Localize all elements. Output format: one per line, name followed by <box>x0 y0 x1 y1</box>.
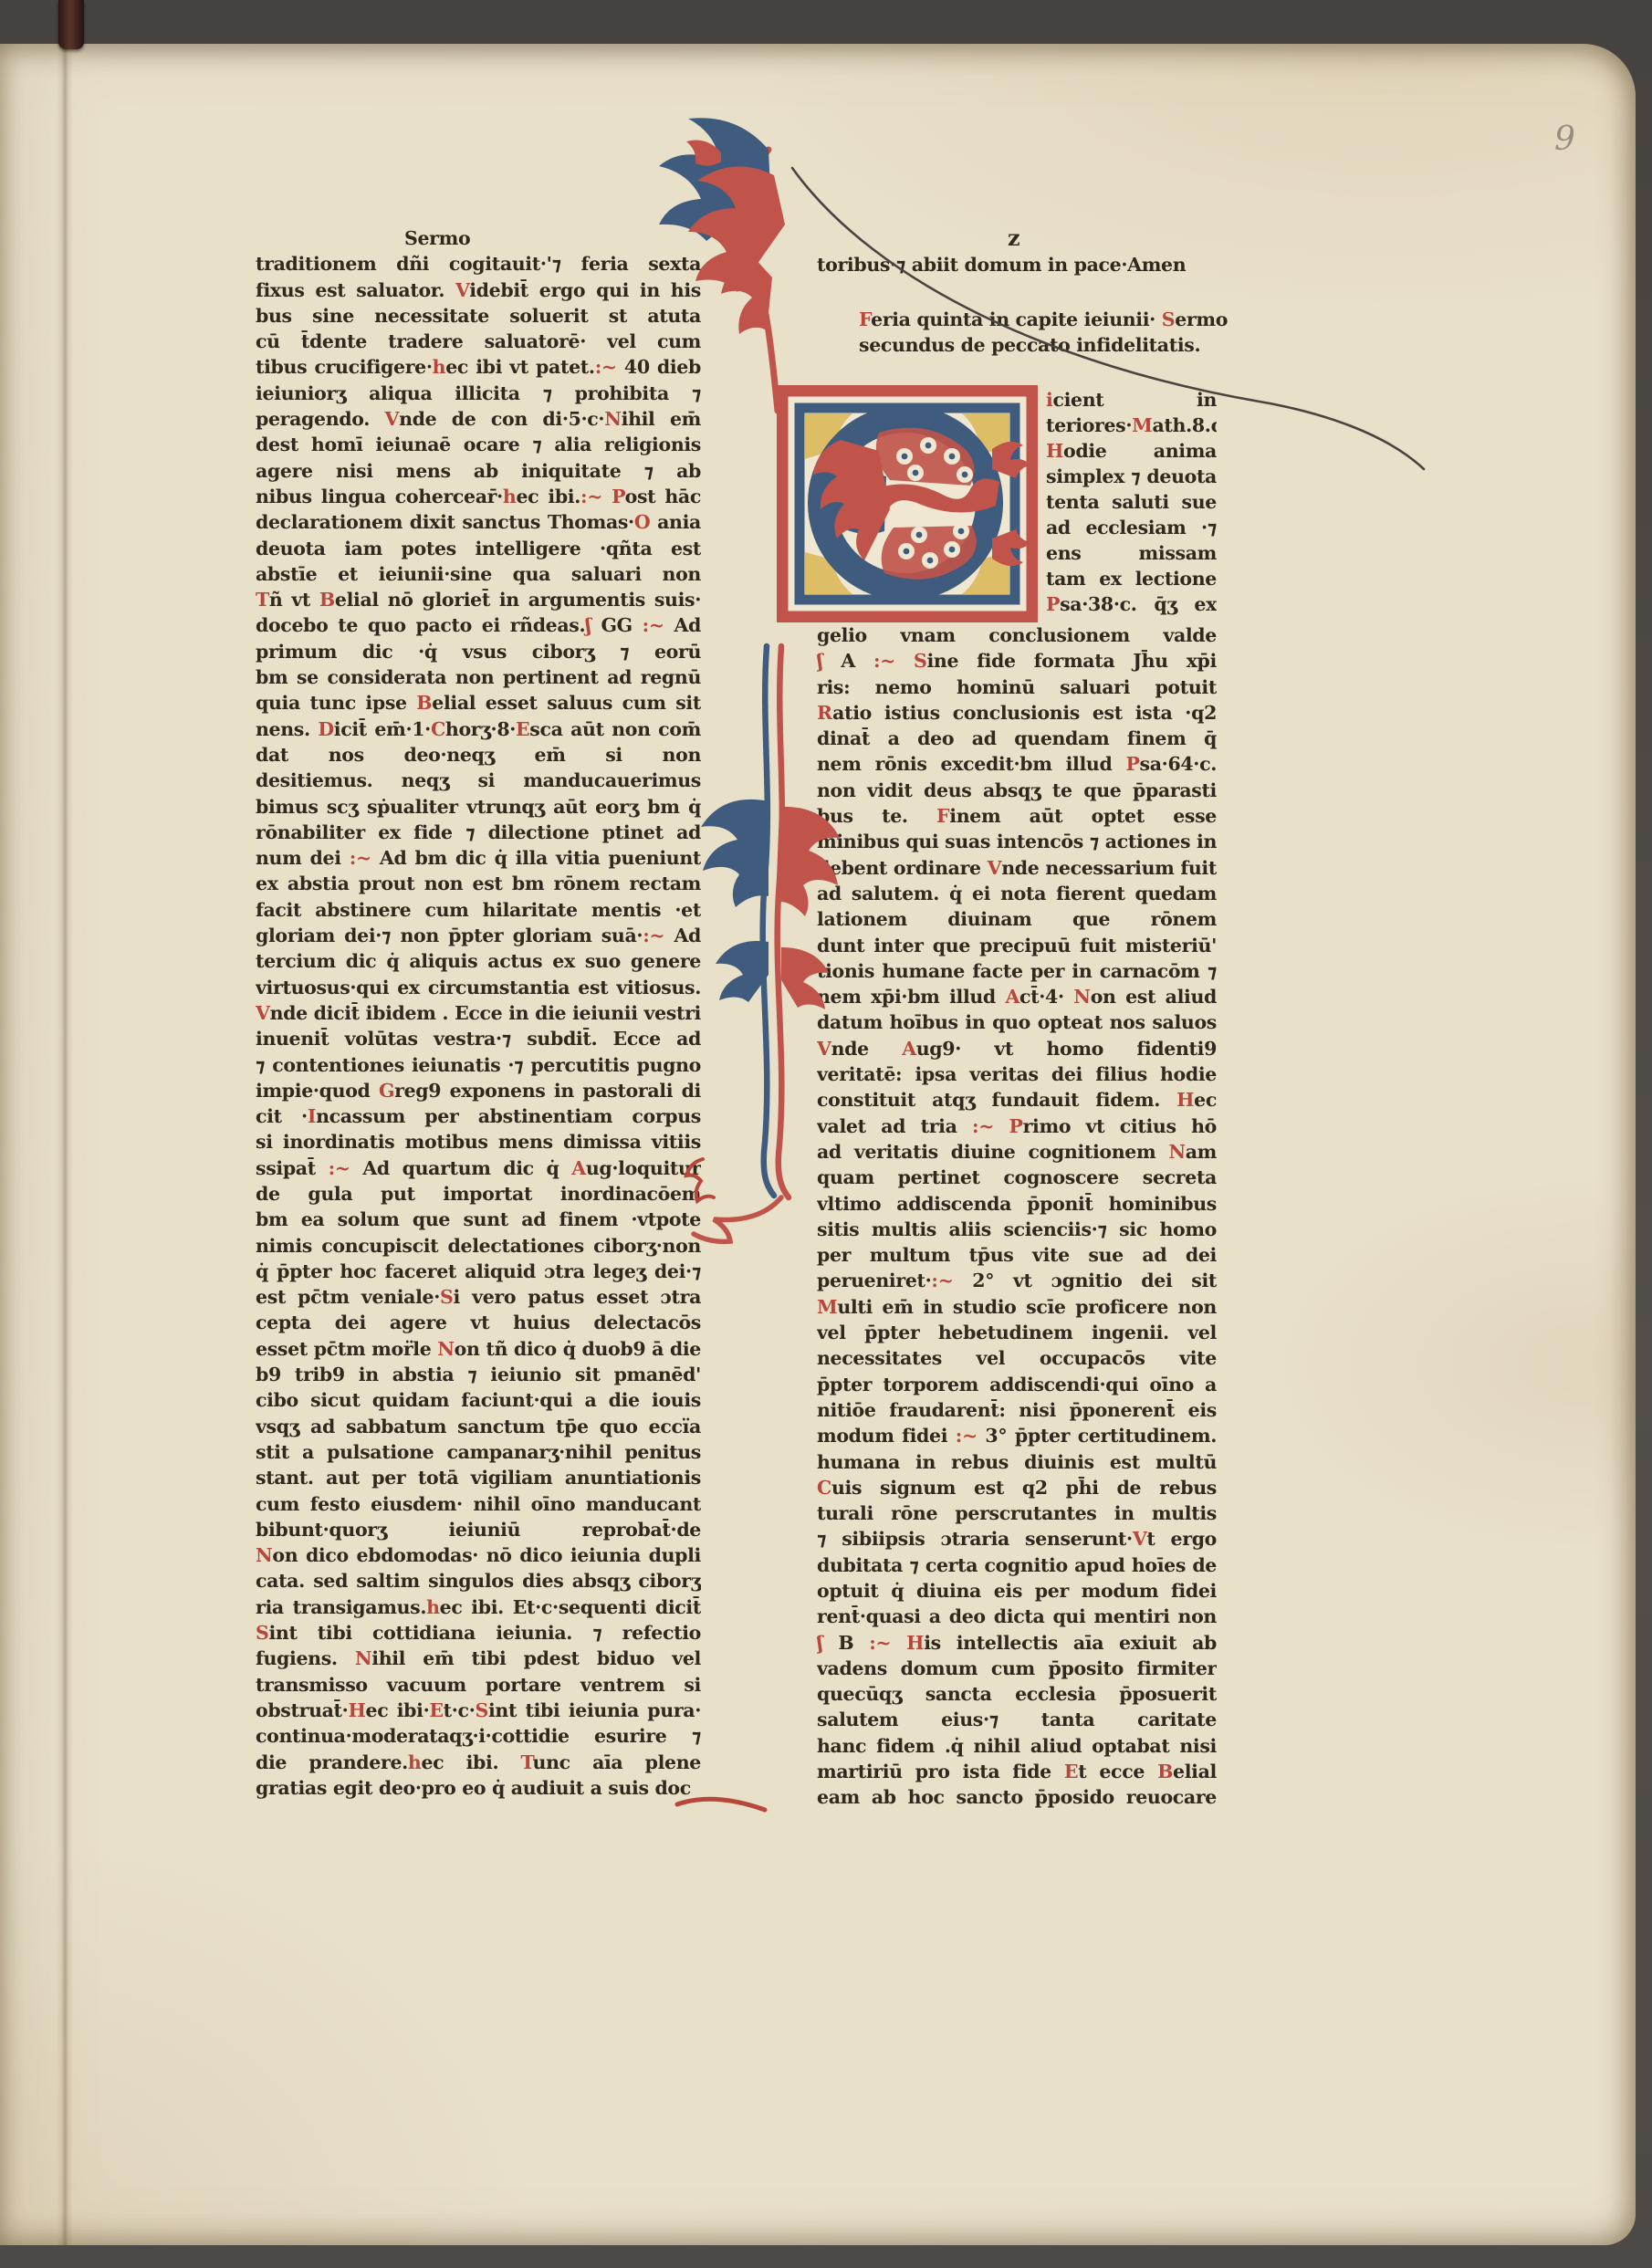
text-segment: non vidit deus absqʒ te que p̄parasti di… <box>817 779 1217 803</box>
text-line: Sint tibi cottidiana ieiunia. ⁊ refectio… <box>256 1620 701 1646</box>
text-line: Ratio istius conclusionis est ista ·q2 h… <box>817 700 1217 726</box>
rubrication-mark: h <box>408 1751 422 1773</box>
rubrication-mark: C <box>431 718 445 740</box>
text-line: esset pc̄tm mor̈le Non tñ dico q̇ duob9 … <box>256 1336 701 1362</box>
text-segment: perueniret· <box>817 1270 931 1291</box>
text-line: Feria quinta in capite ieiunii· Sermo <box>859 307 1242 332</box>
rubrication-mark: :~ <box>643 614 664 636</box>
text-segment: est pc̄tm veniale· <box>256 1286 440 1308</box>
text-line: ad veritatis diuine cognitionem Nam scīa… <box>817 1139 1217 1165</box>
rubrication-mark: B <box>416 692 432 714</box>
text-segment: docebo te quo pacto ei rñdeas. <box>256 614 585 636</box>
text-segment: de gula put importat inordinacōem concup… <box>256 1183 701 1207</box>
running-header: Sermo <box>404 225 701 251</box>
text-line: dat nos deo·neqʒ em̄ si non manducauerim… <box>256 742 701 768</box>
text-segment: die prandere. <box>256 1751 408 1773</box>
rubrication-mark: N <box>604 408 621 430</box>
text-segment: datum hoībus in quo opteat nos saluos fi… <box>817 1011 1217 1035</box>
text-segment: rent̄·quasi a deo dicta qui mentiri non … <box>817 1605 1217 1629</box>
text-line: quam pertinet cognoscere secreta misteri… <box>817 1165 1217 1190</box>
text-segment: Ad quartum dic q̇ <box>350 1157 572 1179</box>
text-segment: traditionem dñi cogitauit·'⁊ feria sexta… <box>256 253 701 277</box>
rubrication-mark: H <box>1046 440 1063 462</box>
text-line: ens missam ·aduertit <box>1046 540 1217 566</box>
text-segment: ieiuniorʒ aliqua illicita ⁊ prohibita ⁊ … <box>256 382 701 406</box>
text-segment: agere nisi mens ab iniquitate ⁊ ab obtre… <box>256 460 701 484</box>
rubrication-mark: H <box>1176 1089 1194 1111</box>
text-line: tibus crucifigere·hec ibi vt patet.:~ 40… <box>256 354 701 380</box>
rubrication-mark: P <box>1046 593 1060 615</box>
text-line: est pc̄tm veniale·Si vero patus esset ɔt… <box>256 1284 701 1310</box>
text-segment: ath.8.c· <box>1153 414 1218 436</box>
text-line: vadens domum cum p̄posito firmiter crede… <box>817 1656 1217 1681</box>
text-segment: icit̄ em̄·1· <box>334 718 431 740</box>
text-line: debent ordinare Vnde necessarium fuit ho… <box>817 855 1217 881</box>
text-line: secundus de peccato infidelitatis. <box>859 332 1242 358</box>
text-segment: dubitata ⁊ certa cognitio apud hoīes de … <box>817 1554 1217 1578</box>
rubrication-mark: F <box>936 805 949 827</box>
text-segment <box>891 1632 906 1654</box>
rubrication-mark: V <box>988 857 1002 879</box>
text-line: Cuis signum est q2 ph̄i de rebus humanis… <box>817 1475 1217 1500</box>
text-segment: eria quinta in capite ieiunii· <box>871 308 1162 330</box>
rubrication-mark: :~ <box>972 1115 994 1137</box>
text-line: ⁊ sibiipsis ɔtraria senserunt·Vt ergo es… <box>817 1526 1217 1552</box>
text-segment: ug·loquitur <box>586 1157 701 1179</box>
text-line: si inordinatis motibus mens dimissa viti… <box>256 1129 701 1155</box>
text-line: stant. aut per totā vigiliam anuntiation… <box>256 1465 701 1490</box>
text-line: cit ·Incassum per abstinentiam corpus at… <box>256 1103 701 1129</box>
text-segment: vsqʒ ad sabbatum sanctum tp̄e quo eccïa … <box>256 1416 701 1439</box>
text-segment: inuenit̄ volūtas vestra·⁊ subdit̄. Ecce … <box>256 1028 701 1051</box>
text-line: datum hoībus in quo opteat nos saluos fi… <box>817 1009 1217 1035</box>
text-segment: quam pertinet cognoscere secreta misteri… <box>817 1166 1217 1190</box>
rubrication-mark: S <box>914 650 926 672</box>
text-line: ria transigamus.hec ibi. Et·c·sequenti d… <box>256 1594 701 1620</box>
pencil-folio-number: 9 <box>1554 120 1575 158</box>
text-segment: q̇ p̄pter hoc faceret aliquid ɔtra legeʒ… <box>256 1260 701 1284</box>
text-segment: secundus de peccato infidelitatis. <box>859 334 1200 356</box>
rubrication-mark: P <box>612 486 625 507</box>
text-line: per multum tp̄us vite sue ad dei cogniti… <box>817 1242 1217 1268</box>
text-line: minibus qui suas intencōs ⁊ actiones in … <box>817 829 1217 854</box>
text-segment: ct̄·4· <box>1019 986 1073 1008</box>
text-line: modum fidei :~ 3° p̄pter certitudinem. r… <box>817 1423 1217 1448</box>
text-segment: debent ordinare <box>817 857 988 879</box>
text-line: cibo sicut quidam faciunt·qui a die ioui… <box>256 1387 701 1413</box>
text-line: peragendo. Vnde de con di·5·c·Nihil em̄ … <box>256 406 701 432</box>
text-segment: ad veritatis diuine cognitionem <box>817 1141 1168 1163</box>
text-line: ʃ B :~ His intellectis aīa exiuit ab ecc… <box>817 1630 1217 1656</box>
signature-mark: z <box>1008 225 1020 251</box>
text-line: bibunt·quorʒ ieiuniū reprobat̄·de con.di… <box>256 1517 701 1542</box>
text-segment: on tñ dico q̇ duob9 ā die <box>455 1338 701 1360</box>
text-line: nem rōnis excedit·bm illud Psa·64·c. Ocu… <box>817 751 1217 777</box>
text-segment: ex abstia prout non est bm rōnem rectam … <box>256 873 701 896</box>
text-segment: ens missam ·aduertit <box>1046 542 1217 566</box>
rubrication-mark: S <box>440 1286 453 1308</box>
right-text-column: toribus·⁊ abiit domum in pace·Amen <box>817 252 1217 277</box>
rubrication-mark: :~ <box>350 847 371 869</box>
text-line: ad salutem. q̇ ei nota fierent quedam pe… <box>817 881 1217 906</box>
text-segment: ssipat̄ <box>256 1157 329 1179</box>
text-line: veritatē: ipsa veritas dei filius hodie … <box>817 1061 1217 1087</box>
text-segment: salutem eius·⁊ tanta caritate accendebat… <box>817 1709 1217 1732</box>
rubrication-mark: A <box>1005 986 1019 1008</box>
text-segment: nimis concupiscit delectationes ciborʒ·n… <box>256 1235 701 1259</box>
text-segment: tam ex lectione p̄phie <box>1046 568 1217 591</box>
rubrication-mark: :~ <box>595 356 617 378</box>
text-segment: ulti em̄ in studio scīe proficere non po… <box>817 1296 1217 1320</box>
text-segment: ris: nemo hominū saluari potuit cunctis … <box>817 676 1217 700</box>
text-segment: cepta dei agere vt huius delectacōs asse… <box>256 1312 701 1335</box>
text-line: dest homī ieiunaē ocare ⁊ alia religioni… <box>256 432 701 457</box>
text-segment: int tibi ieiunia pura· <box>488 1699 701 1721</box>
text-segment: ania <box>650 511 701 533</box>
text-segment: lationem diuinam que rōnem humanam exce <box>817 908 1217 932</box>
text-segment: fugiens. <box>256 1647 355 1669</box>
text-segment: cient in tenebras ex/ <box>1046 389 1217 413</box>
text-segment: turali rōne perscrutantes in multis erra… <box>817 1502 1217 1526</box>
text-line: salutem eius·⁊ tanta caritate accendebat… <box>817 1707 1217 1732</box>
text-segment: reg9 exponens in pastorali di <box>394 1080 701 1102</box>
text-line: simplex ⁊ deuota ·in/ <box>1046 464 1217 489</box>
text-line: Multi em̄ in studio scīe proficere non p… <box>817 1294 1217 1320</box>
text-line: nimis concupiscit delectationes ciborʒ·n… <box>256 1233 701 1259</box>
rubrication-mark: S <box>256 1622 268 1644</box>
text-segment: simplex ⁊ deuota ·in/ <box>1046 465 1217 489</box>
text-segment: nem rōnis excedit·bm illud <box>817 753 1125 775</box>
text-line: fixus est saluator. Videbit̄ ergo qui in… <box>256 277 701 303</box>
text-segment: quecūqʒ sancta ecclesia p̄posuerit crede… <box>817 1683 1217 1707</box>
text-line: ris: nemo hominū saluari potuit cunctis … <box>817 674 1217 700</box>
text-line: vsqʒ ad sabbatum sanctum tp̄e quo eccïa … <box>256 1414 701 1439</box>
text-line: inuenit̄ volūtas vestra·⁊ subdit̄. Ecce … <box>256 1026 701 1051</box>
rubrication-mark: S <box>1162 308 1175 330</box>
text-segment <box>895 650 914 672</box>
text-segment: impie·quod <box>256 1080 379 1102</box>
text-segment: ncassum per abstinentiam corpus atterit̄ <box>256 1105 701 1129</box>
text-line: necessitates vel occupacōs vite tpalis·v… <box>817 1345 1217 1371</box>
text-segment: dest homī ieiunaē ocare ⁊ alia religioni… <box>256 434 701 457</box>
text-line: humana in rebus diuinis est multū defiti… <box>817 1449 1217 1475</box>
text-segment: bm ea solum que sunt ad finem ·vtpote qu… <box>256 1208 701 1232</box>
text-segment: bus te. <box>817 805 936 827</box>
text-line: quia tunc ipse Belial esset saluus cum s… <box>256 690 701 716</box>
illuminated-initial-E <box>777 385 1038 622</box>
text-line: martiriū pro ista fide Et ecce Belial in… <box>817 1759 1217 1784</box>
text-line: die prandere.hec ibi. Tunc aīa plene ins… <box>256 1750 701 1775</box>
rubrication-mark: I <box>308 1105 316 1127</box>
text-line: nitiōe fraudarent̄: nisi p̄ponerent̄ eis… <box>817 1397 1217 1423</box>
text-segment: bibunt·quorʒ ieiuniū reprobat̄·de con.di… <box>256 1519 701 1542</box>
text-segment: atio istius conclusionis est ista ·q2 ho… <box>817 702 1217 726</box>
text-line: ssipat̄ :~ Ad quartum dic q̇ Aug·loquitu… <box>256 1155 701 1181</box>
text-line: agere nisi mens ab iniquitate ⁊ ab obtre… <box>256 458 701 484</box>
text-line: impie·quod Greg9 exponens in pastorali d… <box>256 1078 701 1103</box>
text-segment: virtuosus·qui ex circumstantia est vitio… <box>256 977 701 998</box>
text-segment <box>602 486 612 507</box>
text-line: traditionem dñi cogitauit·'⁊ feria sexta… <box>256 251 701 277</box>
text-segment: dunt inter que precipuū fuit misteriū' r… <box>817 935 1217 958</box>
text-segment: Ad <box>664 925 701 946</box>
text-segment: stit a pulsatione campanarʒ·nihil penitu… <box>256 1441 701 1465</box>
text-segment: int tibi cottidiana ieiunia. ⁊ refectio … <box>256 1622 701 1646</box>
lines-beside-initial: icient in tenebras ex/teriores·Math.8.c·… <box>1046 387 1217 617</box>
text-line: teriores·Math.8.c· <box>1046 413 1217 438</box>
rubrication-mark: O <box>634 511 651 533</box>
text-line: bus te. Finem aūt optet esse precognitum… <box>817 803 1217 829</box>
text-line: declarationem dixit sanctus Thomas·O ani… <box>256 509 701 535</box>
text-segment: tercium dic q̇ aliquis actus ex suo gene… <box>256 950 701 974</box>
text-line: constituit atqʒ fundauit fidem. Hec aute… <box>817 1087 1217 1113</box>
text-segment: ñ vt <box>269 589 319 611</box>
text-segment: Ad bm dic q̇ illa vitia pueniunt <box>371 847 701 869</box>
text-line: Tñ vt Belial nō gloriet̄ in argumentis s… <box>256 587 701 612</box>
text-segment: teriores· <box>1046 414 1132 436</box>
rubrication-mark: :~ <box>873 650 895 672</box>
rubrication-mark: N <box>1073 986 1090 1008</box>
rubrication-mark: V <box>455 279 469 301</box>
text-segment: ec ibi. <box>421 1751 520 1773</box>
rubrication-mark: E <box>1064 1761 1078 1782</box>
text-segment: cata. sed saltim singulos dies absqʒ cib… <box>256 1570 701 1594</box>
text-segment: gratias egit deo·pro eo q̇ audiuit a sui… <box>256 1777 691 1799</box>
rubrication-mark: F <box>859 308 871 330</box>
text-line: de gula put importat inordinacōem concup… <box>256 1181 701 1207</box>
text-line: desitiemus. neqʒ si manducauerimus habūd… <box>256 768 701 793</box>
text-segment: rōnabiliter ex fide ⁊ dilectione ptinet … <box>256 821 701 845</box>
text-segment: ost hāc <box>625 486 701 507</box>
rubrication-mark: M <box>817 1296 837 1318</box>
binding-tie <box>58 0 84 49</box>
text-line: bm ea solum que sunt ad finem ·vtpote qu… <box>256 1207 701 1232</box>
text-segment: minibus qui suas intencōs ⁊ actiones in … <box>817 831 1217 854</box>
text-segment: constituit atqʒ fundauit fidem. <box>817 1089 1176 1111</box>
rubrication-mark: V <box>256 1002 270 1024</box>
text-line: Hodie anima fidelis <box>1046 438 1217 464</box>
text-line: Psa·38·c. q̄ʒ ex euan/ <box>1046 591 1217 617</box>
text-segment: vel p̄pter hebetudinem ingenii. vel p̄pt… <box>817 1322 1217 1345</box>
text-segment: odie anima fidelis <box>1046 440 1217 464</box>
text-line: ad ecclesiam ·⁊ audi/ <box>1046 515 1217 540</box>
rubrication-mark: :~ <box>956 1425 978 1447</box>
text-segment: gloriam dei·⁊ non p̄pter gloriam suā· <box>256 925 643 946</box>
text-line: gratias egit deo·pro eo q̇ audiuit a sui… <box>256 1775 701 1801</box>
text-segment: vadens domum cum p̄posito firmiter crede… <box>817 1657 1217 1681</box>
text-segment: t·c· <box>444 1699 476 1721</box>
text-line: valet ad tria :~ Primo vt citius hō puen… <box>817 1113 1217 1139</box>
text-segment: bimus scʒ sṗualiter vtrunqʒ aūt eorʒ bm … <box>256 796 701 820</box>
text-segment: B <box>822 1632 869 1654</box>
text-line: quecūqʒ sancta ecclesia p̄posuerit crede… <box>817 1681 1217 1707</box>
text-segment: humana in rebus diuinis est multū defiti… <box>817 1451 1217 1475</box>
text-segment: sitis multis aliis scienciis·⁊ sic homo … <box>817 1218 1217 1242</box>
text-segment: nde <box>831 1038 903 1060</box>
text-segment <box>994 1115 1009 1137</box>
text-segment: cibo sicut quidam faciunt·qui a die ioui… <box>256 1389 701 1413</box>
text-line: gloriam dei·⁊ non p̄pter gloriam suā·:~ … <box>256 923 701 948</box>
text-line: fugiens. Nihil em̄ tibi pdest biduo vel … <box>256 1646 701 1671</box>
rubrication-mark: C <box>817 1477 831 1499</box>
rubrication-mark: :~ <box>643 925 664 946</box>
text-segment: desitiemus. neqʒ si manducauerimus habūd… <box>256 769 701 793</box>
text-segment: nens. <box>256 718 318 740</box>
text-segment: sca aūt non com̄ <box>529 718 701 740</box>
text-line: rent̄·quasi a deo dicta qui mentiri non … <box>817 1604 1217 1629</box>
text-line: non vidit deus absqʒ te que p̄parasti di… <box>817 778 1217 803</box>
rubrication-mark: A <box>571 1157 586 1179</box>
text-segment: sa·38·c. q̄ʒ ex euan/ <box>1046 593 1217 617</box>
text-line: optuit q̇ diuina eis per modum fidei p̄p… <box>817 1578 1217 1604</box>
text-segment: cū t̄dente tradere saluatorē· vel cum cr… <box>256 330 701 354</box>
rubrication-mark: A <box>902 1038 916 1060</box>
rubrication-mark: P <box>1125 753 1139 775</box>
text-segment: vltimo addiscenda p̄ponit̄ hominibus p̄s… <box>817 1193 1217 1217</box>
text-segment: bus sine necessitate soluerit st atuta i… <box>256 305 701 329</box>
rubrication-mark: V <box>1133 1528 1147 1550</box>
rubrication-mark: h <box>503 486 517 507</box>
text-line: virtuosus·qui ex circumstantia est vitio… <box>256 975 701 1000</box>
text-line: nem xp̄i·bm illud Act̄·4· Non est aliud … <box>817 984 1217 1009</box>
rubrication-mark: N <box>1168 1141 1185 1163</box>
rubrication-mark: H <box>906 1632 924 1654</box>
text-segment: ⁊ contentiones ieiunatis ·⁊ percutitis p… <box>256 1054 701 1076</box>
text-line: primum dic ·q̇ vsus ciborʒ ⁊ eorū abstin… <box>256 639 701 664</box>
left-column-lines: traditionem dñi cogitauit·'⁊ feria sexta… <box>256 251 701 1801</box>
text-segment: peragendo. <box>256 408 385 430</box>
text-line: transmisso vacuum portare ventrem si par… <box>256 1672 701 1698</box>
rubrication-mark: :~ <box>931 1270 953 1291</box>
rubrication-mark: M <box>1132 414 1152 436</box>
text-segment: elial nō gloriet̄ in argumentis suis· <box>335 589 701 611</box>
text-segment: continua·moderataqʒ·i·cottidie esurire ⁊… <box>256 1725 701 1749</box>
text-segment: ec ibi· <box>366 1699 430 1721</box>
text-line: Non dico ebdomodas· nō dico ieiunia dupl… <box>256 1542 701 1568</box>
text-line: num dei :~ Ad bm dic q̇ illa vitia pueni… <box>256 845 701 871</box>
text-line: tenta saluti sue accessit <box>1046 489 1217 515</box>
text-segment: cum festo eiusdem· nihil oīno manducant … <box>256 1493 701 1517</box>
text-segment: declarationem dixit sanctus Thomas· <box>256 511 634 533</box>
text-segment: modum fidei <box>817 1425 956 1447</box>
text-segment: si inordinatis motibus mens dimissa viti… <box>256 1131 701 1155</box>
text-segment: abstīe et ieiunii·sine qua saluari non p… <box>256 563 701 587</box>
text-segment: dinat̄ a deo ad quendam finem q̄ ɔprehen… <box>817 727 1217 751</box>
text-segment: dat nos deo·neqʒ em̄ si non manducauerim… <box>256 744 701 768</box>
text-line: ex abstia prout non est bm rōnem rectam … <box>256 871 701 896</box>
text-line: hanc fidem .q̇ nihil aliud optabat nisi … <box>817 1733 1217 1759</box>
text-segment: toribus·⁊ abiit domum in pace·Amen <box>817 254 1186 276</box>
text-segment: ermo <box>1175 308 1228 330</box>
text-line: nens. Dicit̄ em̄·1·Chorʒ·8·Esca aūt non … <box>256 716 701 742</box>
text-segment: tenta saluti sue accessit <box>1046 491 1217 515</box>
scan-background: 9 Sermo traditionem dñi cogitauit·'⁊ fer… <box>0 0 1652 2268</box>
text-segment: ec ibi. <box>516 486 580 507</box>
text-segment: gelio vnam conclusionem valde notabileʒ·… <box>817 624 1217 648</box>
text-segment: martiriū pro ista fide <box>817 1761 1064 1782</box>
text-line: stit a pulsatione campanarʒ·nihil penitu… <box>256 1439 701 1465</box>
rubrication-mark: G <box>379 1080 394 1102</box>
text-line: vel p̄pter hebetudinem ingenii. vel p̄pt… <box>817 1320 1217 1345</box>
text-segment: sa·64·c. <box>1140 753 1217 775</box>
text-line: cata. sed saltim singulos dies absqʒ cib… <box>256 1568 701 1594</box>
text-line: p̄pter torporem addiscendi·qui oīno a de… <box>817 1372 1217 1397</box>
text-line: tam ex lectione p̄phie <box>1046 566 1217 591</box>
text-line: Vnde dicit̄ ibidem . Ecce in die ieiunii… <box>256 1000 701 1026</box>
text-segment: eam ab hoc sancto p̄posido reuocare ait. <box>817 1786 1217 1810</box>
text-segment: horʒ·8· <box>445 718 516 740</box>
text-line: continua·moderataqʒ·i·cottidie esurire ⁊… <box>256 1723 701 1749</box>
text-segment: transmisso vacuum portare ventrem si par… <box>256 1674 701 1698</box>
text-line: ieiuniorʒ aliqua illicita ⁊ prohibita ⁊ … <box>256 381 701 406</box>
continuation-line: toribus·⁊ abiit domum in pace·Amen <box>817 252 1217 277</box>
text-segment: stant. aut per totā vigiliam anuntiation… <box>256 1467 701 1490</box>
rubrication-mark: B <box>319 589 335 611</box>
text-segment: tionis humane facte per in carnacōm ⁊ pa… <box>817 960 1217 984</box>
left-text-column: Sermo traditionem dñi cogitauit·'⁊ feria… <box>256 225 701 1801</box>
text-segment: deuota iam potes intelligere ·qñta est v… <box>256 538 701 561</box>
text-line: lationem diuinam que rōnem humanam exce <box>817 906 1217 932</box>
right-column-lines: gelio vnam conclusionem valde notabileʒ·… <box>817 622 1217 1811</box>
text-segment: cit · <box>256 1105 308 1127</box>
text-line: rōnabiliter ex fide ⁊ dilectione ptinet … <box>256 820 701 845</box>
rubrication-mark: V <box>385 408 400 430</box>
text-segment: nde de con di·5·c· <box>399 408 604 430</box>
text-segment: fixus est saluator. <box>256 279 455 301</box>
text-segment: b9 trib9 in abstia ⁊ ieiunio sit pmanēd'… <box>256 1364 701 1387</box>
text-segment: t ecce <box>1078 1761 1157 1782</box>
rubrication-mark: D <box>318 718 333 740</box>
text-line: Vnde Aug9· vt homo fidenti9 ambularet ad <box>817 1036 1217 1061</box>
rubrication-mark: N <box>256 1544 272 1566</box>
text-segment: Ad <box>664 614 701 636</box>
text-line: deuota iam potes intelligere ·qñta est v… <box>256 536 701 561</box>
rubrication-mark: T <box>256 589 269 611</box>
rubrication-mark: E <box>516 718 529 740</box>
rubrication-mark: V <box>817 1038 831 1060</box>
text-segment: veritatē: ipsa veritas dei filius hodie … <box>817 1063 1217 1087</box>
rubrication-mark: h <box>426 1596 440 1618</box>
rubrication-mark: h <box>433 356 446 378</box>
rubrication-mark: B <box>1157 1761 1173 1782</box>
text-line: cū t̄dente tradere saluatorē· vel cum cr… <box>256 329 701 354</box>
text-segment: primum dic ·q̇ vsus ciborʒ ⁊ eorū abstin… <box>256 641 701 664</box>
text-segment: on dico ebdomodas· nō dico ieiunia dupli <box>272 1544 701 1566</box>
text-line: vltimo addiscenda p̄ponit̄ hominibus p̄s… <box>817 1191 1217 1217</box>
rubrication-mark: :~ <box>869 1632 891 1654</box>
rubrication-mark: P <box>1009 1115 1023 1137</box>
text-line: eam ab hoc sancto p̄posido reuocare ait.… <box>817 1784 1217 1810</box>
text-line: sitis multis aliis scienciis·⁊ sic homo … <box>817 1217 1217 1242</box>
text-segment: GG <box>591 614 643 636</box>
rubrication-mark: E <box>429 1699 443 1721</box>
text-line: dinat̄ a deo ad quendam finem q̄ ɔprehen… <box>817 726 1217 751</box>
text-line: docebo te quo pacto ei rñdeas.ʃ GG :~ Ad <box>256 612 701 638</box>
text-segment: bm se considerata non pertinent ad regnū… <box>256 666 701 690</box>
sermon-rubric: Feria quinta in capite ieiunii· Sermosec… <box>859 307 1242 359</box>
text-segment: esset pc̄tm mor̈le <box>256 1338 437 1360</box>
text-segment: ad salutem. q̇ ei nota fierent quedam pe… <box>817 883 1217 906</box>
text-line: facit abstinere cum hilaritate mentis ·e… <box>256 897 701 923</box>
text-segment: nitiōe fraudarent̄: nisi p̄ponerent̄ eis… <box>817 1399 1217 1423</box>
rubrication-mark: :~ <box>580 486 602 507</box>
text-line: tionis humane facte per in carnacōm ⁊ pa… <box>817 958 1217 984</box>
text-line: ʃ A :~ Sine fide formata Jh̄u xp̄i redem… <box>817 648 1217 674</box>
rubrication-mark: N <box>355 1647 371 1669</box>
rubrication-mark: S <box>475 1699 487 1721</box>
text-segment: facit abstinere cum hilaritate mentis ·e… <box>256 899 701 923</box>
text-line: bimus scʒ sṗualiter vtrunqʒ aūt eorʒ bm … <box>256 794 701 820</box>
